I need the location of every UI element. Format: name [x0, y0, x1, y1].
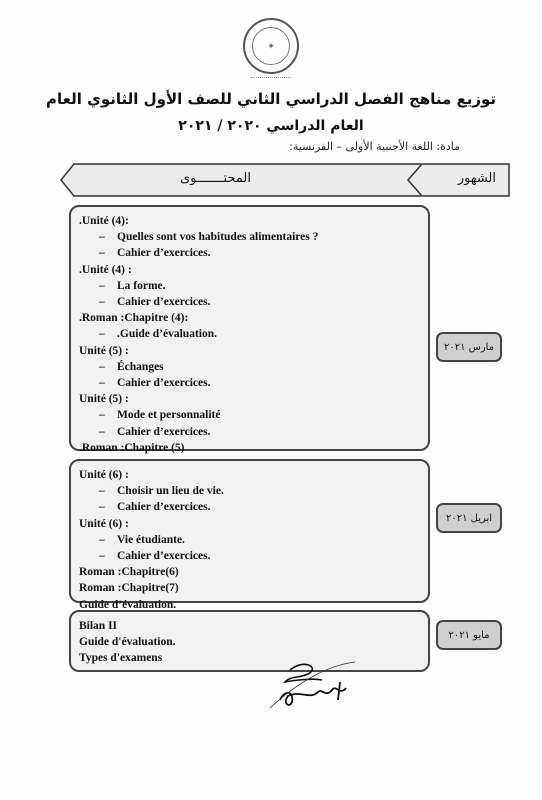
table-header-banner: الشهور المحتـــــــوى — [60, 163, 510, 197]
content-box-march: .Unité (4):–Quelles sont vos habitudes a… — [69, 205, 430, 451]
content-list-item: –.Guide d’évaluation. — [79, 326, 420, 342]
content-text: Cahier d’exercices. — [117, 501, 210, 513]
month-label-march: مارس ٢٠٢١ — [436, 332, 502, 362]
content-text: Cahier d’exercices. — [117, 247, 210, 259]
content-text: .Unité (4) : — [79, 264, 132, 276]
signature-scribble-icon — [260, 660, 360, 710]
content-text: Roman :Chapitre(6) — [79, 566, 179, 578]
content-text: Cahier d’exercices. — [117, 377, 210, 389]
banner-shape — [60, 163, 510, 197]
dash-bullet-icon: – — [99, 245, 117, 261]
content-text: Cahier d’exercices. — [117, 296, 210, 308]
content-heading: Roman :Chapitre(7) — [79, 580, 420, 596]
content-list-item: –Cahier d’exercices. — [79, 424, 420, 440]
content-text: Bilan II — [79, 620, 117, 632]
month-label-may: مايو ٢٠٢١ — [436, 620, 502, 650]
content-box-may: Bilan IIGuide d'évaluation.Types d'exame… — [69, 610, 430, 672]
content-box-april: Unité (6) :–Choisir un lieu de vie.–Cahi… — [69, 459, 430, 603]
months-column-header: الشهور — [458, 171, 496, 186]
content-list-item: –Cahier d’exercices. — [79, 245, 420, 261]
signature — [260, 660, 360, 710]
content-list-item: –Cahier d’exercices. — [79, 294, 420, 310]
dash-bullet-icon: – — [99, 483, 117, 499]
content-heading: .Roman :Chapitre (5) — [79, 440, 420, 456]
content-text: Guide d'évaluation. — [79, 636, 176, 648]
dash-bullet-icon: – — [99, 375, 117, 391]
content-list-item: –Choisir un lieu de vie. — [79, 483, 420, 499]
dash-bullet-icon: – — [99, 278, 117, 294]
dash-bullet-icon: – — [99, 294, 117, 310]
content-column-header: المحتـــــــوى — [180, 171, 251, 186]
dash-bullet-icon: – — [99, 407, 117, 423]
content-text: Vie étudiante. — [117, 534, 185, 546]
content-text: Cahier d’exercices. — [117, 550, 210, 562]
content-text: .Roman :Chapitre (4): — [79, 312, 188, 324]
content-text: Cahier d’exercices. — [117, 426, 210, 438]
content-heading: Unité (6) : — [79, 467, 420, 483]
ministry-seal-icon: ✦ — [243, 18, 299, 74]
content-text: Mode et personnalité — [117, 409, 220, 421]
content-text: La forme. — [117, 280, 166, 292]
content-text: .Guide d’évaluation. — [117, 328, 217, 340]
content-text: Unité (6) : — [79, 469, 129, 481]
content-text: Choisir un lieu de vie. — [117, 485, 224, 497]
content-heading: .Unité (4) : — [79, 262, 420, 278]
dash-bullet-icon: – — [99, 532, 117, 548]
dash-bullet-icon: – — [99, 424, 117, 440]
content-list-item: –La forme. — [79, 278, 420, 294]
page-title: توزيع مناهج الفصل الدراسي الثاني للصف ال… — [0, 90, 542, 108]
content-heading: Guide d'évaluation. — [79, 634, 420, 650]
subject-label: مادة: اللغة الأجنبية الأولى – الفرنسية: — [289, 140, 460, 153]
dash-bullet-icon: – — [99, 326, 117, 342]
content-heading: Roman :Chapitre(6) — [79, 564, 420, 580]
content-list-item: –Échanges — [79, 359, 420, 375]
content-list-item: –Quelles sont vos habitudes alimentaires… — [79, 229, 420, 245]
content-text: .Roman :Chapitre (5) — [79, 442, 185, 454]
content-text: Unité (6) : — [79, 518, 129, 530]
content-text: Unité (5) : — [79, 393, 129, 405]
content-list-item: –Cahier d’exercices. — [79, 548, 420, 564]
content-heading: .Unité (4): — [79, 213, 420, 229]
content-text: Unité (5) : — [79, 345, 129, 357]
dash-bullet-icon: – — [99, 548, 117, 564]
dash-bullet-icon: – — [99, 359, 117, 375]
content-heading: Unité (6) : — [79, 516, 420, 532]
content-text: Types d'examens — [79, 652, 162, 664]
dash-bullet-icon: – — [99, 229, 117, 245]
month-label-april: ابريل ٢٠٢١ — [436, 503, 502, 533]
content-list-item: –Vie étudiante. — [79, 532, 420, 548]
content-text: Guide d’évaluation. — [79, 599, 176, 611]
content-list-item: –Cahier d’exercices. — [79, 499, 420, 515]
academic-year: العام الدراسي ٢٠٢٠ / ٢٠٢١ — [0, 118, 542, 134]
eagle-emblem-icon: ✦ — [252, 27, 290, 65]
content-heading: Unité (5) : — [79, 391, 420, 407]
dash-bullet-icon: – — [99, 499, 117, 515]
content-heading: Bilan II — [79, 618, 420, 634]
seal-caption — [251, 77, 291, 81]
content-text: .Unité (4): — [79, 215, 129, 227]
content-text: Roman :Chapitre(7) — [79, 582, 179, 594]
content-heading: Types d'examens — [79, 650, 420, 666]
content-heading: .Roman :Chapitre (4): — [79, 310, 420, 326]
content-text: Échanges — [117, 361, 164, 373]
content-heading: Unité (5) : — [79, 343, 420, 359]
content-list-item: –Mode et personnalité — [79, 407, 420, 423]
content-list-item: –Cahier d’exercices. — [79, 375, 420, 391]
content-text: Quelles sont vos habitudes alimentaires … — [117, 231, 318, 243]
